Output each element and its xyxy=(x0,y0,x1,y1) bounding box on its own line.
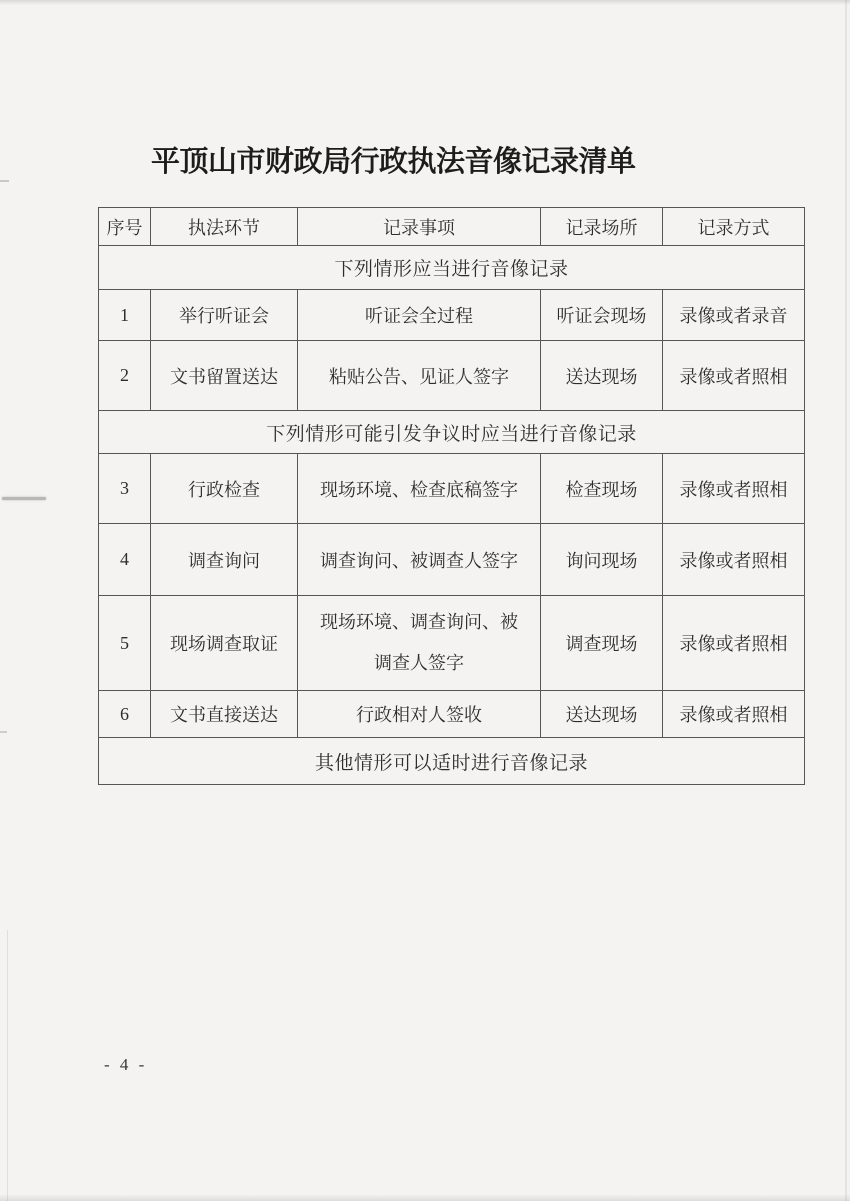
table-row: 4 调查询问 调查询问、被调查人签字 询问现场 录像或者照相 xyxy=(99,524,804,596)
cell-stage: 现场调查取证 xyxy=(151,596,298,690)
document-title: 平顶山市财政局行政执法音像记录清单 xyxy=(151,139,636,180)
scan-edge-shadow-bottom xyxy=(0,1194,850,1201)
cell-items: 现场环境、调查询问、被调查人签字 xyxy=(298,596,541,690)
header-cell-no: 序号 xyxy=(99,208,151,245)
scan-edge-line-left xyxy=(7,930,8,1201)
scan-smudge xyxy=(0,731,7,733)
cell-method: 录像或者照相 xyxy=(663,691,804,737)
cell-place: 送达现场 xyxy=(541,341,663,410)
cell-method: 录像或者录音 xyxy=(663,290,804,340)
cell-place: 检查现场 xyxy=(541,454,663,523)
table-row: 2 文书留置送达 粘贴公告、见证人签字 送达现场 录像或者照相 xyxy=(99,341,804,411)
section-header-row: 下列情形可能引发争议时应当进行音像记录 xyxy=(99,411,804,454)
table-row: 1 举行听证会 听证会全过程 听证会现场 录像或者录音 xyxy=(99,290,804,341)
header-cell-stage: 执法环节 xyxy=(151,208,298,245)
cell-no: 1 xyxy=(99,290,151,340)
cell-items-text: 现场环境、调查询问、被调查人签字 xyxy=(313,602,525,684)
scanned-document-page: { "page": { "title": "平顶山市财政局行政执法音像记录清单"… xyxy=(0,0,850,1201)
section-label: 下列情形应当进行音像记录 xyxy=(99,246,804,289)
cell-stage: 文书直接送达 xyxy=(151,691,298,737)
cell-place: 送达现场 xyxy=(541,691,663,737)
header-cell-place: 记录场所 xyxy=(541,208,663,245)
cell-stage: 调查询问 xyxy=(151,524,298,595)
cell-no: 5 xyxy=(99,596,151,690)
table-header-row: 序号 执法环节 记录事项 记录场所 记录方式 xyxy=(99,208,804,246)
cell-place: 询问现场 xyxy=(541,524,663,595)
cell-method: 录像或者照相 xyxy=(663,454,804,523)
section-label: 其他情形可以适时进行音像记录 xyxy=(99,738,804,784)
cell-method: 录像或者照相 xyxy=(663,341,804,410)
cell-stage: 文书留置送达 xyxy=(151,341,298,410)
cell-place: 听证会现场 xyxy=(541,290,663,340)
section-header-row: 下列情形应当进行音像记录 xyxy=(99,246,804,290)
cell-no: 6 xyxy=(99,691,151,737)
cell-no: 2 xyxy=(99,341,151,410)
cell-items: 听证会全过程 xyxy=(298,290,541,340)
cell-items: 调查询问、被调查人签字 xyxy=(298,524,541,595)
cell-method: 录像或者照相 xyxy=(663,524,804,595)
scan-smudge xyxy=(0,180,9,182)
cell-stage: 行政检查 xyxy=(151,454,298,523)
scan-edge-shadow-top xyxy=(0,0,850,5)
cell-method: 录像或者照相 xyxy=(663,596,804,690)
cell-items: 粘贴公告、见证人签字 xyxy=(298,341,541,410)
cell-no: 4 xyxy=(99,524,151,595)
table-row: 6 文书直接送达 行政相对人签收 送达现场 录像或者照相 xyxy=(99,691,804,738)
cell-place: 调查现场 xyxy=(541,596,663,690)
cell-no: 3 xyxy=(99,454,151,523)
scan-edge-line-right xyxy=(845,0,847,1201)
header-cell-items: 记录事项 xyxy=(298,208,541,245)
recording-list-table: 序号 执法环节 记录事项 记录场所 记录方式 下列情形应当进行音像记录 1 举行… xyxy=(98,207,805,785)
table-row: 3 行政检查 现场环境、检查底稿签字 检查现场 录像或者照相 xyxy=(99,454,804,524)
cell-stage: 举行听证会 xyxy=(151,290,298,340)
table-row: 5 现场调查取证 现场环境、调查询问、被调查人签字 调查现场 录像或者照相 xyxy=(99,596,804,691)
section-label: 下列情形可能引发争议时应当进行音像记录 xyxy=(99,411,804,453)
cell-items: 现场环境、检查底稿签字 xyxy=(298,454,541,523)
page-number: - 4 - xyxy=(104,1055,147,1075)
header-cell-method: 记录方式 xyxy=(663,208,804,245)
section-header-row: 其他情形可以适时进行音像记录 xyxy=(99,738,804,784)
scan-smudge xyxy=(2,497,46,500)
cell-items: 行政相对人签收 xyxy=(298,691,541,737)
